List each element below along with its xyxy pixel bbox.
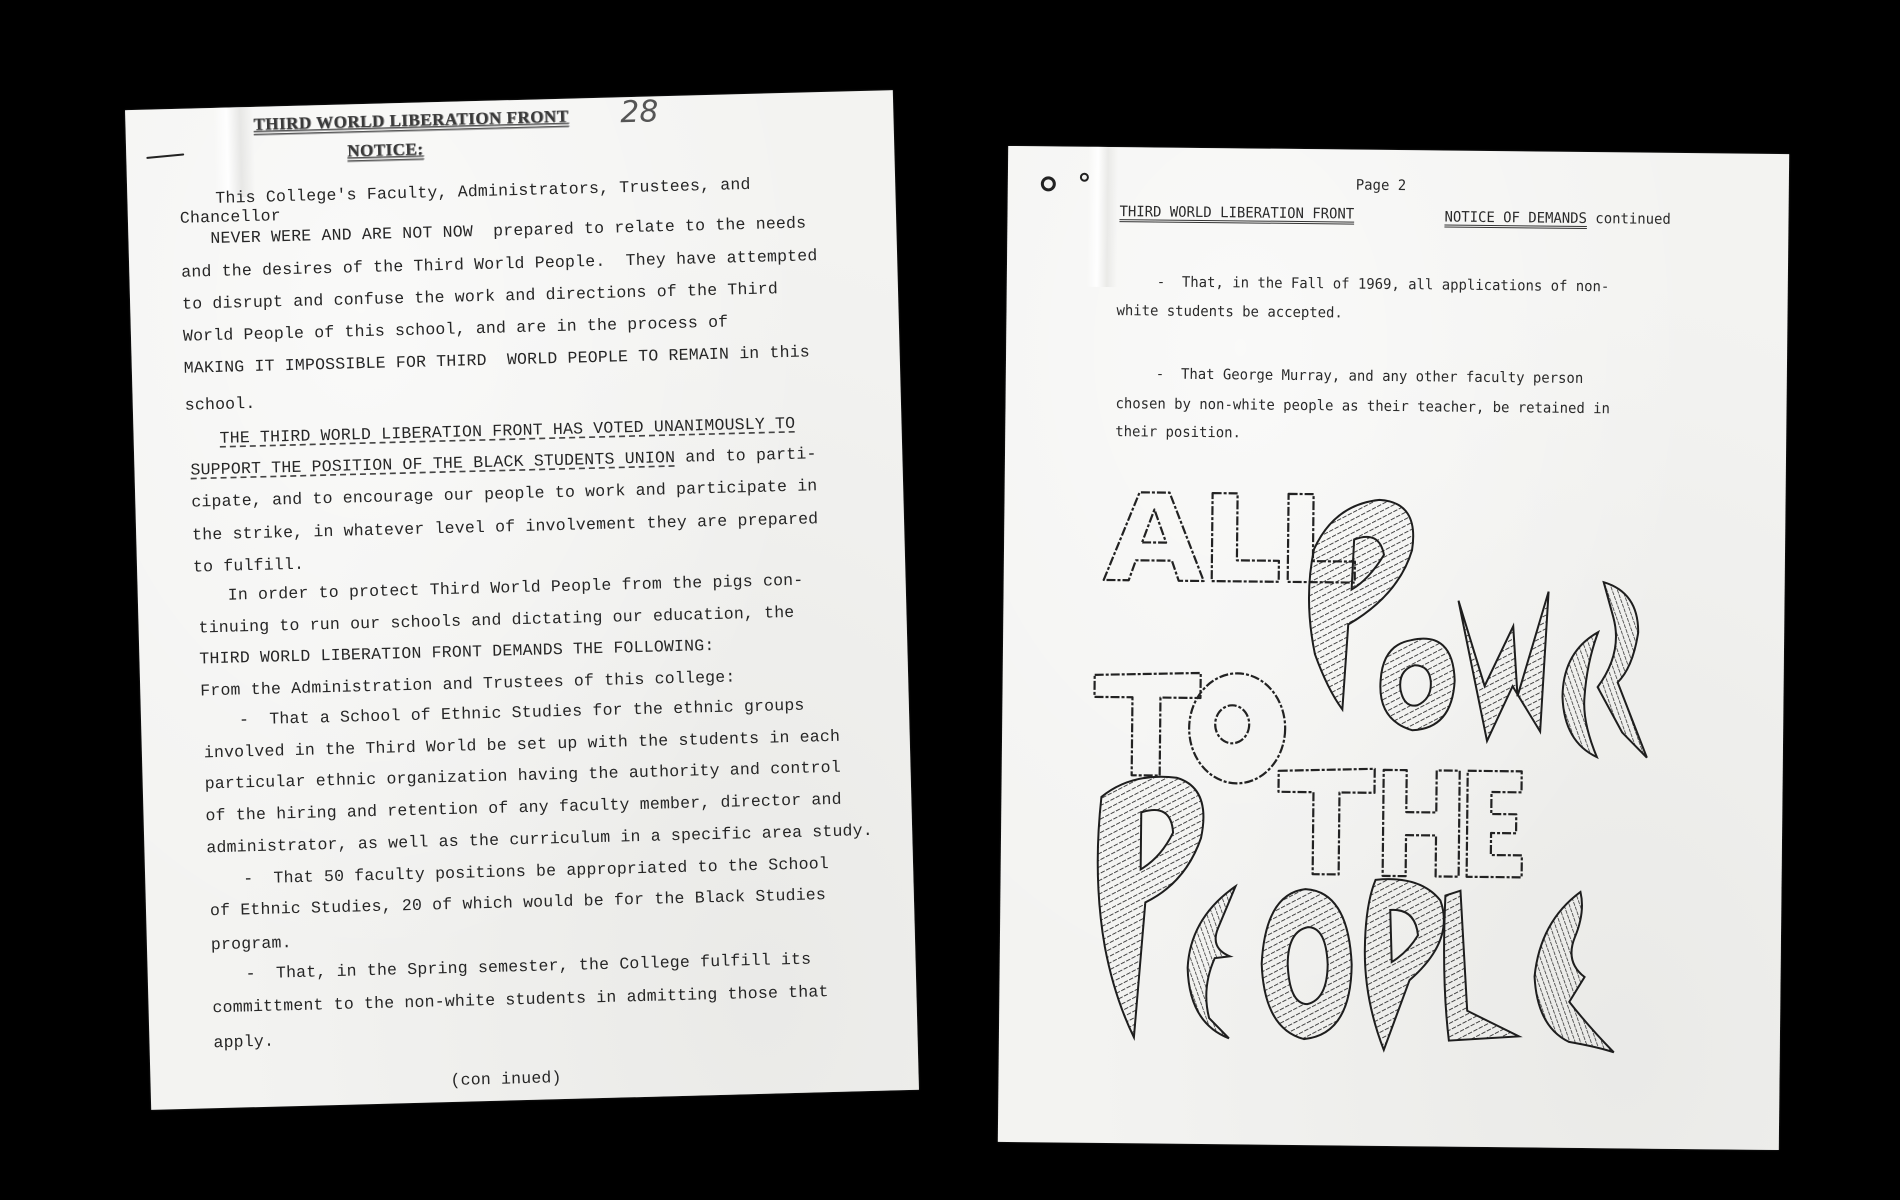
text-line: to fulfill.: [193, 555, 305, 577]
header-left: THIRD WORLD LIBERATION FRONT: [1119, 204, 1354, 222]
text-line: World People of this school, and are in …: [183, 313, 729, 346]
header-right-rest: continued: [1587, 211, 1671, 228]
text-line: - That 50 faculty positions be appropria…: [243, 854, 829, 888]
text-line: THIRD WORLD LIBERATION FRONT DEMANDS THE…: [199, 636, 715, 668]
header-title: THIRD WORLD LIBERATION FRONT: [253, 107, 569, 135]
text-line: of Ethnic Studies, 20 of which would be …: [210, 885, 826, 920]
word-the: [1278, 768, 1523, 878]
punch-hole-mark: [1041, 176, 1056, 191]
text-line: cipate, and to encourage our people to w…: [191, 476, 818, 511]
text-line: their position.: [1115, 424, 1241, 441]
handwritten-page-number: 28: [620, 94, 659, 130]
text-line: MAKING IT IMPOSSIBLE FOR THIRD WORLD PEO…: [184, 342, 811, 377]
punch-hole-mark: [1080, 173, 1089, 182]
document-page-2: Page 2 THIRD WORLD LIBERATION FRONT NOTI…: [998, 146, 1789, 1150]
text-line: In order to protect Third World People f…: [228, 571, 804, 605]
text-line: school.: [185, 394, 256, 415]
hand-drawn-slogan: [1088, 477, 1734, 1104]
paper-crease: [1087, 147, 1118, 287]
text-line: administrator, as well as the curriculum…: [206, 821, 873, 857]
pen-mark: [146, 153, 184, 159]
text-line: SUPPORT THE POSITION OF THE BLACK STUDEN…: [190, 444, 817, 479]
text-line: - That, in the Spring semester, the Coll…: [245, 950, 811, 984]
page-label: Page 2: [1356, 178, 1406, 195]
demand-item: - That George Murray, and any other facu…: [1008, 146, 1789, 154]
text-line: tinuing to run our schools and dictating…: [198, 603, 794, 638]
text-line: - That George Murray, and any other facu…: [1156, 366, 1584, 386]
document-page-1: THIRD WORLD LIBERATION FRONT NOTICE: 28 …: [125, 90, 919, 1110]
word-to: [1094, 672, 1286, 784]
slogan-drawing: [1088, 477, 1734, 1104]
text-line: NEVER WERE AND ARE NOT NOW prepared to r…: [210, 213, 806, 248]
text-line: white students be accepted.: [1116, 303, 1342, 321]
header-right-underlined: NOTICE OF DEMANDS: [1444, 210, 1587, 227]
text-line: committment to the non-white students in…: [212, 982, 828, 1017]
text-line: Chancellor: [180, 206, 281, 228]
resolution-line-underlined: THE THIRD WORLD LIBERATION FRONT HAS VOT…: [219, 414, 795, 448]
text-line: particular ethnic organization having th…: [204, 758, 841, 794]
text-line: From the Administration and Trustees of …: [200, 667, 736, 700]
demand-item: - That, in the Fall of 1969, all applica…: [1008, 146, 1789, 154]
text-line: involved in the Third World be set up wi…: [204, 727, 841, 763]
text-line: This College's Faculty, Administrators, …: [215, 175, 751, 208]
word-power: [1307, 499, 1649, 758]
text-line: the strike, in whatever level of involve…: [192, 509, 819, 544]
resolution-underlined-span: SUPPORT THE POSITION OF THE BLACK STUDEN…: [190, 448, 675, 480]
continued-footer: (con inued): [450, 1068, 562, 1090]
text-line: - That a School of Ethnic Studies for th…: [239, 696, 805, 730]
text-line: - That, in the Fall of 1969, all applica…: [1157, 275, 1610, 296]
header-subtitle: NOTICE:: [347, 139, 424, 161]
text-line: to disrupt and confuse the work and dire…: [182, 279, 778, 314]
paper-crease: [213, 107, 255, 198]
header-right: NOTICE OF DEMANDS continued: [1444, 210, 1670, 228]
resolution-rest: and to parti-: [675, 444, 817, 467]
word-people: [1096, 776, 1617, 1052]
text-line: apply.: [213, 1032, 274, 1053]
text-line: of the hiring and retention of any facul…: [205, 790, 842, 826]
text-line: program.: [211, 933, 292, 954]
text-line: chosen by non-white people as their teac…: [1115, 396, 1610, 417]
text-line: and the desires of the Third World Peopl…: [181, 246, 818, 282]
